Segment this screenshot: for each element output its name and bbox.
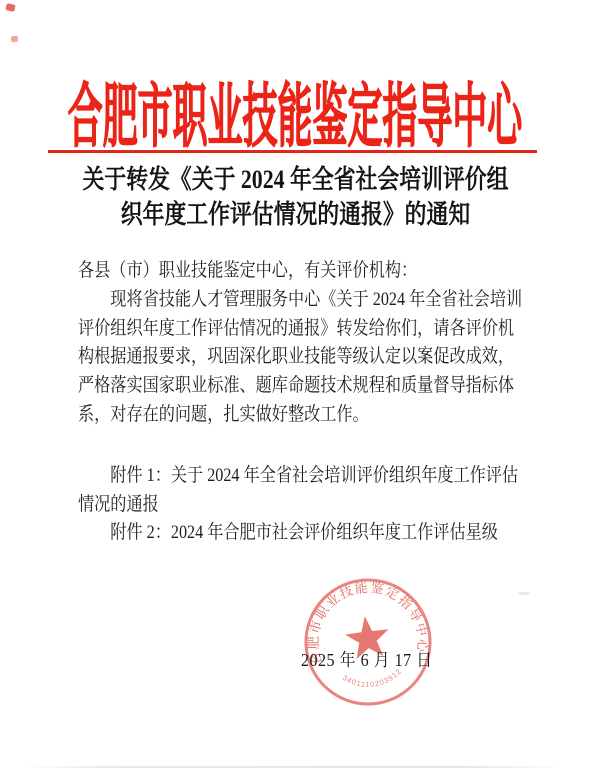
body-line: 严格落实国家职业标准、题库命题技术规程和质量督导指标体 [78,372,516,401]
issue-date: 2025 年 6 月 17 日 [301,647,433,672]
attachment-line: 情况的通报 [78,491,516,520]
paragraph-spacer [78,430,516,462]
body-salutation-line: 各县（市）职业技能鉴定中心，有关评价机构： [78,257,516,286]
red-ink-speck [11,36,19,43]
letterhead: 合肥市职业技能鉴定指导中心 [0,60,591,115]
body-line: 构根据通报要求，巩固深化职业技能等级认定以案促改成效， [78,343,516,372]
letterhead-divider-rule [48,150,537,153]
page-bottom-shadow [25,766,566,768]
red-ink-speck [5,3,15,12]
document-page: 合肥市职业技能鉴定指导中心 关于转发《关于 2024 年全省社会培训评价组 织年… [0,0,591,770]
official-seal: 合肥市职业技能鉴定指导中心 3401110203912 [290,564,446,720]
scan-smudge [518,592,530,595]
document-title-line1: 关于转发《关于 2024 年全省社会培训评价组 [47,162,543,197]
body-line: 现将省技能人才管理服务中心《关于 2024 年全省社会培训 [78,286,516,315]
letterhead-title: 合肥市职业技能鉴定指导中心 [68,60,522,160]
body-line: 系，对存在的问题，扎实做好整改工作。 [78,401,516,430]
attachment-line: 附件 1：关于 2024 年全省社会培训评价组织年度工作评估 [78,462,516,491]
attachment-line: 附件 2：2024 年合肥市社会评价组织年度工作评估星级 [78,519,516,548]
body-line: 评价组织年度工作评估情况的通报》转发给你们，请各评价机 [78,315,516,344]
document-title-line2: 织年度工作评估情况的通报》的通知 [47,197,543,232]
document-body: 各县（市）职业技能鉴定中心，有关评价机构： 现将省技能人才管理服务中心《关于 2… [78,257,516,548]
document-title: 关于转发《关于 2024 年全省社会培训评价组 织年度工作评估情况的通报》的通知 [0,162,591,232]
